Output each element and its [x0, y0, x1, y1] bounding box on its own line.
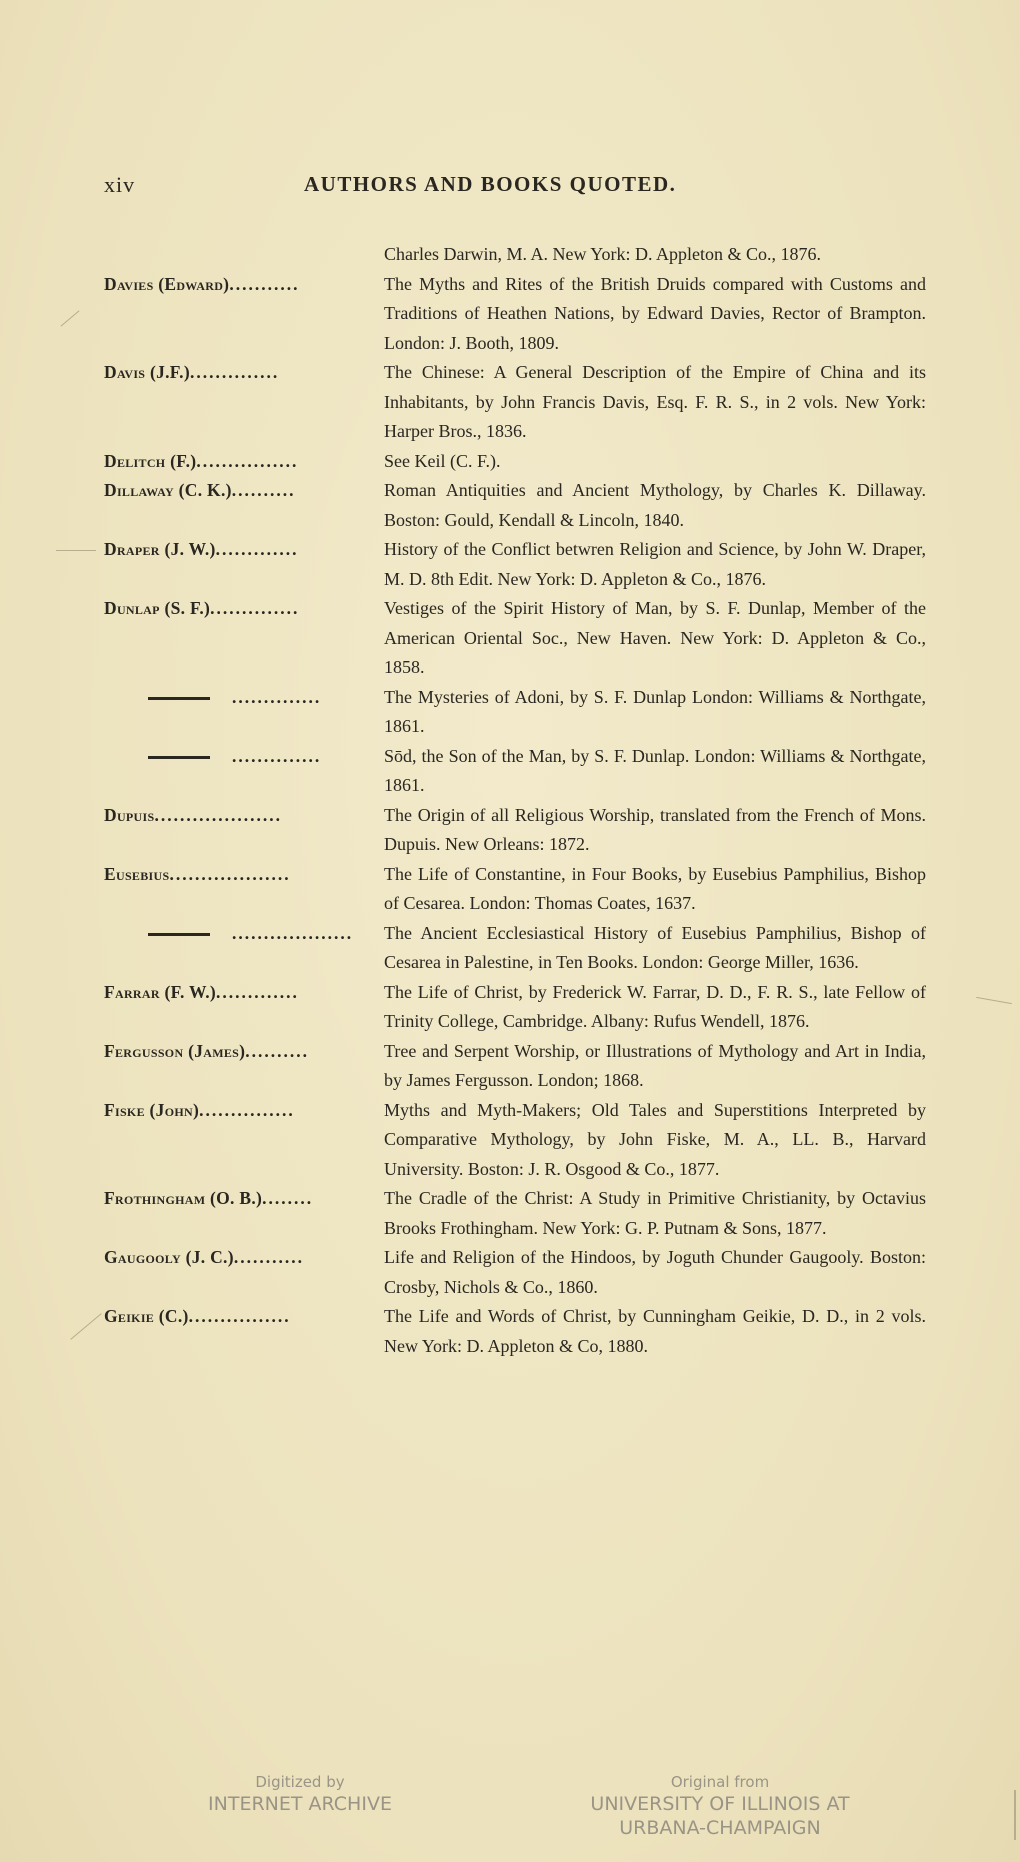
scan-mark — [1014, 1790, 1016, 1840]
dot-leader: ................ — [196, 451, 298, 471]
dot-leader: ............... — [199, 1100, 295, 1120]
author-name: Frothingham (O. B.) — [104, 1188, 262, 1208]
work-citation: The Mysteries of Adoni, by S. F. Dunlap … — [384, 683, 926, 742]
author-name: Fiske (John) — [104, 1100, 199, 1120]
dot-leader: ........ — [262, 1188, 313, 1208]
dot-leader: ............. — [216, 982, 299, 1002]
work-citation: The Life of Constantine, in Four Books, … — [384, 860, 926, 919]
ditto-dash — [148, 756, 210, 759]
author-name: Farrar (F. W.) — [104, 982, 216, 1002]
bibliography-entry: Davies (Edward)...........The Myths and … — [104, 270, 926, 359]
bibliography-entry: Geikie (C.)................The Life and … — [104, 1302, 926, 1361]
dot-leader: .......... — [245, 1041, 309, 1061]
page-number: xiv — [104, 172, 135, 198]
work-citation: The Life and Words of Christ, by Cunning… — [384, 1302, 926, 1361]
dot-leader: ............. — [216, 539, 299, 559]
bibliography-entry: Fergusson (James)..........Tree and Serp… — [104, 1037, 926, 1096]
dot-leader: ........... — [234, 1247, 304, 1267]
dot-leader: ................... — [232, 923, 353, 943]
author-name: Dupuis — [104, 805, 154, 825]
dot-leader: ................... — [169, 864, 290, 884]
author-name: Dunlap (S. F.) — [104, 598, 210, 618]
bibliography-entry: Fiske (John)...............Myths and Myt… — [104, 1096, 926, 1185]
dot-leader: ........... — [229, 274, 299, 294]
author-name: Draper (J. W.) — [104, 539, 216, 559]
work-citation: The Life of Christ, by Frederick W. Farr… — [384, 978, 926, 1037]
ditto-dash — [148, 697, 210, 700]
digitizer-credit: Digitized by INTERNET ARCHIVE — [200, 1772, 400, 1816]
work-citation: Roman Antiquities and Ancient Mythology,… — [384, 476, 926, 535]
page-header: xiv AUTHORS AND BOOKS QUOTED. — [104, 172, 924, 202]
bibliography-list: Charles Darwin, M. A. New York: D. Apple… — [104, 240, 926, 1361]
work-citation: Sōd, the Son of the Man, by S. F. Dunlap… — [384, 742, 926, 801]
work-citation: The Origin of all Religious Worship, tra… — [384, 801, 926, 860]
dot-leader: .............. — [190, 362, 279, 382]
work-citation: The Cradle of the Christ: A Study in Pri… — [384, 1184, 926, 1243]
running-title: AUTHORS AND BOOKS QUOTED. — [304, 172, 676, 197]
author-name: Fergusson (James) — [104, 1041, 245, 1061]
author-name: Davis (J.F.) — [104, 362, 190, 382]
work-citation: Tree and Serpent Worship, or Illustratio… — [384, 1037, 926, 1096]
dot-leader: .............. — [232, 746, 321, 766]
bibliography-entry: ..............Sōd, the Son of the Man, b… — [104, 742, 926, 801]
bibliography-entry: Dunlap (S. F.)..............Vestiges of … — [104, 594, 926, 683]
dot-leader: .......... — [232, 480, 296, 500]
work-citation: The Myths and Rites of the British Druid… — [384, 270, 926, 359]
bibliography-entry: Draper (J. W.).............History of th… — [104, 535, 926, 594]
bibliography-entry: ...................The Ancient Ecclesias… — [104, 919, 926, 978]
author-name: Geikie (C.) — [104, 1306, 189, 1326]
ditto-dash — [148, 933, 210, 936]
work-citation: Vestiges of the Spirit History of Man, b… — [384, 594, 926, 683]
continuation-entry: Charles Darwin, M. A. New York: D. Apple… — [104, 240, 926, 270]
work-citation: Myths and Myth-Makers; Old Tales and Sup… — [384, 1096, 926, 1185]
continuation-text: Charles Darwin, M. A. New York: D. Apple… — [384, 240, 926, 270]
bibliography-entry: Eusebius...................The Life of C… — [104, 860, 926, 919]
work-citation: Life and Religion of the Hindoos, by Jog… — [384, 1243, 926, 1302]
work-citation: History of the Conflict betwren Religion… — [384, 535, 926, 594]
work-citation: The Ancient Ecclesiastical History of Eu… — [384, 919, 926, 978]
bibliography-entry: Dillaway (C. K.)..........Roman Antiquit… — [104, 476, 926, 535]
work-citation: See Keil (C. F.). — [384, 447, 926, 477]
author-name: Dillaway (C. K.) — [104, 480, 232, 500]
author-name: Delitch (F.) — [104, 451, 196, 471]
bibliography-entry: ..............The Mysteries of Adoni, by… — [104, 683, 926, 742]
dot-leader: .............. — [210, 598, 299, 618]
digitization-footer: Digitized by INTERNET ARCHIVE Original f… — [0, 1772, 1020, 1852]
author-name: Gaugooly (J. C.) — [104, 1247, 234, 1267]
dot-leader: .............. — [232, 687, 321, 707]
dot-leader: ................ — [189, 1306, 291, 1326]
author-name: Davies (Edward) — [104, 274, 229, 294]
author-name: Eusebius — [104, 864, 169, 884]
bibliography-entry: Frothingham (O. B.)........The Cradle of… — [104, 1184, 926, 1243]
work-citation: The Chinese: A General Description of th… — [384, 358, 926, 447]
bibliography-entry: Davis (J.F.)..............The Chinese: A… — [104, 358, 926, 447]
bibliography-entry: Farrar (F. W.).............The Life of C… — [104, 978, 926, 1037]
scan-mark — [56, 550, 96, 551]
bibliography-entry: Gaugooly (J. C.)...........Life and Reli… — [104, 1243, 926, 1302]
bibliography-entry: Delitch (F.)................See Keil (C.… — [104, 447, 926, 477]
dot-leader: .................... — [154, 805, 282, 825]
source-credit: Original from UNIVERSITY OF ILLINOIS AT … — [570, 1772, 870, 1840]
bibliography-entry: Dupuis....................The Origin of … — [104, 801, 926, 860]
